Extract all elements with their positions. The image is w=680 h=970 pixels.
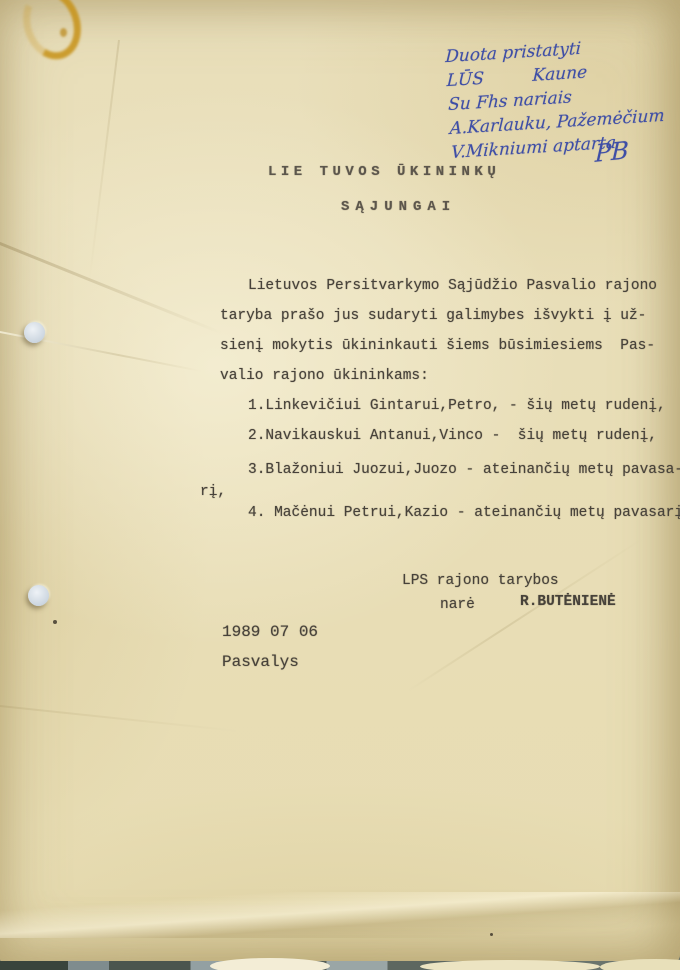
punch-hole (24, 322, 45, 343)
scanned-document-page: Duota pristatyti LŪS Kaune Su Fhs nariai… (0, 0, 680, 963)
paper-edge (420, 960, 600, 970)
document-title-line-1: LIE TUVOS ŪKININKŲ (268, 164, 500, 180)
body-line: Lietuvos Persitvarkymo Sąjūdžio Pasvalio… (248, 278, 657, 294)
list-item-4: 4. Mačėnui Petrui,Kazio - ateinančių met… (248, 505, 680, 521)
handwritten-note: Duota pristatyti LŪS Kaune Su Fhs nariai… (445, 31, 680, 165)
handwritten-initials: PB (595, 136, 630, 168)
document-title-line-2: SĄJUNGAI (341, 199, 456, 215)
paper-crease (0, 892, 680, 938)
list-item-1: 1.Linkevičiui Gintarui,Petro, - šių metų… (248, 398, 666, 414)
signature-role: narė (440, 597, 475, 613)
signature-name: R.BUTĖNIENĖ (520, 594, 616, 610)
punch-hole (28, 585, 49, 606)
paper-crease (0, 705, 298, 738)
paper-edge (210, 958, 330, 970)
paper-crease (83, 40, 120, 328)
document-place: Pasvalys (222, 653, 299, 671)
ink-speck (490, 933, 493, 936)
body-line: valio rajono ūkininkams: (220, 368, 429, 384)
paper-crease (407, 538, 643, 692)
list-item-3-continuation: rį, (200, 484, 226, 500)
body-line: taryba prašo jus sudaryti galimybes išvy… (220, 308, 646, 324)
paper-crease (0, 238, 222, 334)
body-line: sienį mokytis ūkininkauti šiems būsimies… (220, 338, 655, 354)
rust-stain (14, 0, 90, 67)
signature-organization: LPS rajono tarybos (402, 573, 559, 589)
ink-speck (53, 620, 57, 624)
list-item-2: 2.Navikauskui Antanui,Vinco - šių metų r… (248, 428, 657, 444)
document-date: 1989 07 06 (222, 623, 318, 641)
list-item-3: 3.Blažoniui Juozui,Juozo - ateinančių me… (248, 462, 680, 478)
rust-stain-dot (60, 28, 67, 37)
